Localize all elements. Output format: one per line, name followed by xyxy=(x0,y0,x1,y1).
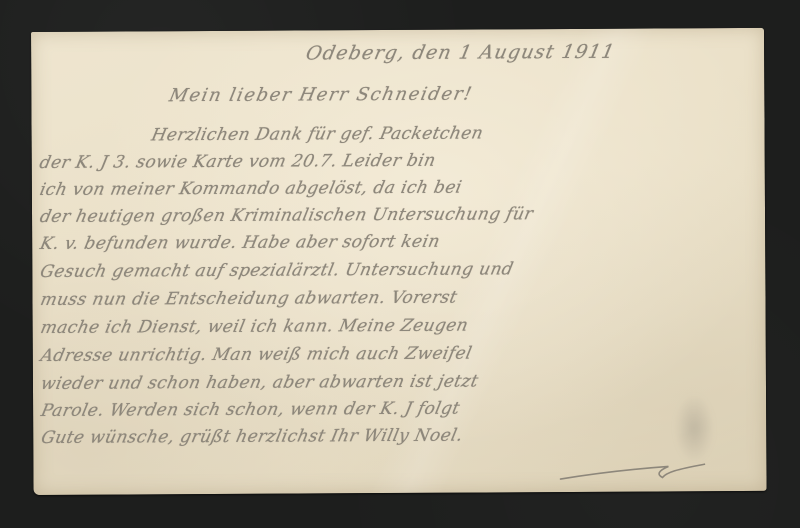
letter-header-place-date: Odeberg, den 1 August 1911 xyxy=(304,43,617,64)
postcard: Odeberg, den 1 August 1911 Mein lieber H… xyxy=(31,28,767,495)
letter-line: mache ich Dienst, weil ich kann. Meine Z… xyxy=(39,318,470,337)
letter-line-closing: Gute wünsche, grüßt herzlichst Ihr Willy… xyxy=(40,428,465,447)
letter-line: wieder und schon haben, aber abwarten is… xyxy=(39,373,480,392)
letter-line: Adresse unrichtig. Man weiß mich auch Zw… xyxy=(39,346,473,365)
letter-line: muss nun die Entscheidung abwarten. Vore… xyxy=(39,290,459,309)
letter-line: Herzlichen Dank für gef. Packetchen xyxy=(150,125,485,144)
graphite-smudge xyxy=(674,393,714,463)
letter-line: der heutigen großen Kriminalischen Unter… xyxy=(38,206,534,226)
letter-salutation: Mein lieber Herr Schneider! xyxy=(167,86,474,106)
letter-line: ich von meiner Kommando abgelöst, da ich… xyxy=(38,180,463,199)
letter-line: der K. J 3. sowie Karte vom 20.7. Leider… xyxy=(38,153,437,172)
letter-line: Gesuch gemacht auf spezialärztl. Untersu… xyxy=(39,261,515,281)
letter-line: Parole. Werden sich schon, wenn der K. J… xyxy=(39,401,461,420)
signature-flourish-icon xyxy=(558,460,708,483)
letter-line: K. v. befunden wurde. Habe aber sofort k… xyxy=(38,234,441,253)
